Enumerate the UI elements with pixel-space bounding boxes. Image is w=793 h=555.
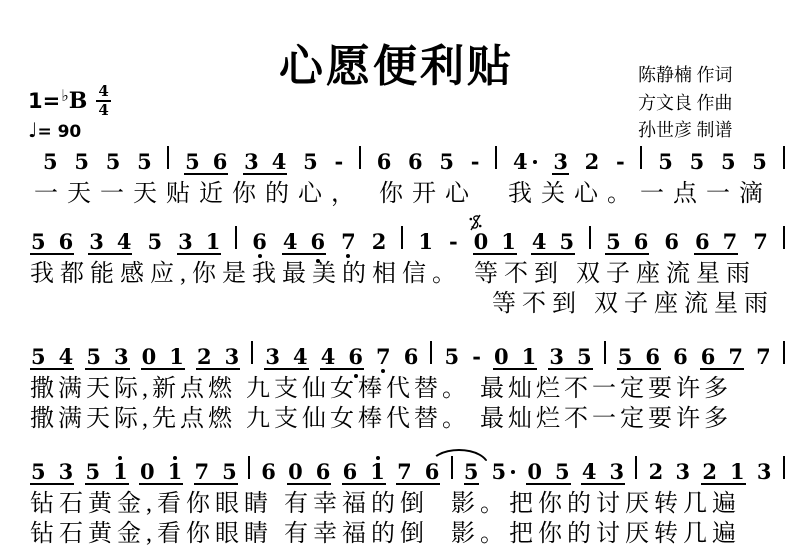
barline bbox=[783, 226, 785, 249]
note-group: 46 bbox=[282, 233, 326, 255]
note-group: 67 bbox=[700, 348, 744, 370]
barline bbox=[430, 341, 432, 364]
note-digit: 6 bbox=[664, 233, 679, 251]
note-digit: 1 bbox=[169, 348, 184, 366]
music-system: 555556345-665-432-5555一天一天贴近你的心， 你开心 我关心… bbox=[30, 146, 785, 209]
note-digit: 2 bbox=[585, 153, 600, 171]
note-group: 5 bbox=[444, 348, 461, 366]
note: 7 bbox=[756, 348, 771, 366]
note-digit: 1 bbox=[168, 463, 183, 481]
note-group: 55 bbox=[463, 463, 516, 485]
note-digit: 2 bbox=[372, 233, 387, 251]
note: 1 bbox=[370, 463, 385, 481]
note-group: 51 bbox=[85, 463, 129, 485]
note-digit: 3 bbox=[114, 348, 129, 366]
lyrics-line: 撒满天际,先点燃 九支仙女棒代替。 最灿烂不一定要许多 bbox=[30, 404, 785, 434]
rest-note: 0 bbox=[494, 348, 509, 366]
note-digit: 5 bbox=[31, 233, 46, 251]
note-group: 6 bbox=[407, 153, 424, 171]
note: 5 bbox=[555, 463, 570, 481]
note: 4 bbox=[321, 348, 336, 366]
tempo-marking: ♩= 90 bbox=[28, 118, 81, 142]
note: 7 bbox=[753, 233, 768, 251]
note-digit: 5 bbox=[658, 153, 673, 171]
note: 6 bbox=[311, 233, 326, 251]
note-group: 2 bbox=[584, 153, 601, 171]
note-digit: 4 bbox=[293, 348, 308, 366]
note-group: - bbox=[448, 233, 459, 251]
augmentation-dot bbox=[511, 470, 515, 474]
note-digit: 2 bbox=[197, 348, 212, 366]
note-digit: 1 bbox=[522, 348, 537, 366]
note: 3 bbox=[265, 348, 280, 366]
note-group: 5 bbox=[136, 153, 153, 171]
notes-row: 53510175606617655054323213 bbox=[30, 456, 785, 486]
note-digit: 0 bbox=[494, 348, 509, 366]
note-group: 34 bbox=[264, 348, 308, 370]
note-digit: 5 bbox=[147, 233, 162, 251]
note-digit: 6 bbox=[645, 348, 660, 366]
note-group: 2 bbox=[648, 463, 665, 481]
rest-note: 0 bbox=[288, 463, 303, 481]
note-digit: 0 bbox=[142, 348, 157, 366]
note-digit: 5 bbox=[555, 463, 570, 481]
note-digit: 3 bbox=[549, 348, 564, 366]
lyrics-line: 钻石黄金,看你眼睛 有幸福的倒 影。把你的讨厌转几遍 bbox=[30, 489, 785, 519]
note-digit: 1 bbox=[370, 463, 385, 481]
note-group: 3 bbox=[756, 463, 773, 481]
note-digit: 5 bbox=[86, 463, 101, 481]
note-digit: 7 bbox=[195, 463, 210, 481]
note-group: 3 bbox=[552, 153, 569, 175]
note-group: 54 bbox=[30, 348, 74, 370]
note: 3 bbox=[757, 463, 772, 481]
note: 4 bbox=[283, 233, 298, 251]
note-digit: - bbox=[472, 348, 481, 366]
credits-block: 陈静楠 作词 方文良 作曲 孙世彦 制谱 bbox=[638, 62, 733, 145]
note-digit: 6 bbox=[316, 463, 331, 481]
note-digit: 5 bbox=[752, 153, 767, 171]
note-digit: 5 bbox=[464, 463, 479, 481]
note-digit: 5 bbox=[106, 153, 121, 171]
note-digit: 5 bbox=[445, 348, 460, 366]
note-group: 5 bbox=[438, 153, 455, 171]
note-digit: 0 bbox=[140, 463, 155, 481]
dash-note: - bbox=[335, 153, 344, 171]
rest-note: 0 bbox=[140, 463, 155, 481]
note: 5 bbox=[222, 463, 237, 481]
note-digit: 6 bbox=[59, 233, 74, 251]
barline bbox=[640, 146, 642, 169]
note-digit: 3 bbox=[610, 463, 625, 481]
note-group: 5 bbox=[42, 153, 59, 171]
note: 4 bbox=[513, 153, 537, 171]
note-digit: - bbox=[471, 153, 480, 171]
low-octave-dot bbox=[346, 254, 350, 258]
barline bbox=[604, 341, 606, 364]
music-system: 53510175606617655054323213钻石黄金,看你眼睛 有幸福的… bbox=[30, 456, 785, 549]
note: 6 bbox=[213, 153, 228, 171]
note-group: 61 bbox=[342, 463, 386, 485]
note-digit: 5 bbox=[560, 233, 575, 251]
note-group: 5 bbox=[302, 153, 319, 171]
barline bbox=[589, 226, 591, 249]
notes-row: 5634531646721-0145566677 bbox=[30, 226, 785, 256]
note-digit: 7 bbox=[397, 463, 412, 481]
note-digit: 1 bbox=[730, 463, 745, 481]
note-group: 21 bbox=[701, 463, 745, 485]
note-digit: 5 bbox=[439, 153, 454, 171]
note-group: 56 bbox=[617, 348, 661, 370]
note-digit: 5 bbox=[606, 233, 621, 251]
note-digit: 3 bbox=[59, 463, 74, 481]
note: 3 bbox=[114, 348, 129, 366]
note: 5 bbox=[31, 233, 46, 251]
note-digit: 6 bbox=[695, 233, 710, 251]
note-digit: 6 bbox=[252, 233, 267, 251]
note-group: 5 bbox=[689, 153, 706, 171]
note-digit: 5 bbox=[74, 153, 89, 171]
lyrics-line: 撒满天际,新点燃 九支仙女棒代替。 最灿烂不一定要许多 bbox=[30, 374, 785, 404]
note: 3 bbox=[244, 153, 259, 171]
tempo-value: = 90 bbox=[37, 122, 81, 142]
note-group: 6 bbox=[672, 348, 689, 366]
note-digit: 3 bbox=[178, 233, 193, 251]
note: 7 bbox=[195, 463, 210, 481]
note-group: 67 bbox=[694, 233, 738, 255]
note: 6 bbox=[343, 463, 358, 481]
note-group: 1 bbox=[417, 233, 434, 251]
note-group: 56 bbox=[30, 233, 74, 255]
barline bbox=[783, 146, 785, 169]
note-digit: 3 bbox=[89, 233, 104, 251]
note-digit: 6 bbox=[673, 348, 688, 366]
note-digit: 7 bbox=[728, 348, 743, 366]
note: 1 bbox=[169, 348, 184, 366]
dash-note: - bbox=[616, 153, 625, 171]
note-group: 7 bbox=[375, 348, 392, 366]
note-group: 31 bbox=[177, 233, 221, 255]
meter-numerator: 4 bbox=[96, 84, 110, 102]
note: 6 bbox=[252, 233, 267, 251]
note-group: 5 bbox=[720, 153, 737, 171]
note-group: 5 bbox=[105, 153, 122, 171]
note: 4 bbox=[532, 233, 547, 251]
note: 4 bbox=[293, 348, 308, 366]
note: 5 bbox=[185, 153, 200, 171]
low-octave-dot bbox=[354, 374, 358, 378]
note-group: 6 bbox=[260, 463, 277, 481]
note-digit: 0 bbox=[474, 233, 489, 251]
note: 5 bbox=[492, 463, 516, 481]
key-prefix: 1= bbox=[28, 89, 60, 113]
note-digit: 4 bbox=[582, 463, 597, 481]
note: 3 bbox=[178, 233, 193, 251]
notes-row: 545301233446765-0135566677 bbox=[30, 341, 785, 371]
note-digit: 4 bbox=[532, 233, 547, 251]
note-group: 53 bbox=[30, 463, 74, 485]
note-digit: 5 bbox=[43, 153, 58, 171]
note: 5 bbox=[658, 153, 673, 171]
note-digit: 5 bbox=[721, 153, 736, 171]
note-group: - bbox=[615, 153, 626, 171]
note-digit: 5 bbox=[492, 463, 507, 481]
low-octave-dot bbox=[258, 254, 262, 258]
note-group: 5 bbox=[146, 233, 163, 251]
note-group: 01 bbox=[473, 233, 517, 255]
note-digit: 3 bbox=[244, 153, 259, 171]
note: 5 bbox=[577, 348, 592, 366]
note: 3 bbox=[89, 233, 104, 251]
tie-arc bbox=[429, 449, 489, 466]
note: 5 bbox=[445, 348, 460, 366]
note-group: 7 bbox=[340, 233, 357, 251]
note: 5 bbox=[86, 463, 101, 481]
note: 5 bbox=[721, 153, 736, 171]
note: 5 bbox=[439, 153, 454, 171]
note: 5 bbox=[690, 153, 705, 171]
note-group: 56 bbox=[605, 233, 649, 255]
note-digit: 6 bbox=[634, 233, 649, 251]
note-group: 4 bbox=[512, 153, 538, 171]
barline bbox=[635, 456, 637, 479]
note: 5 bbox=[618, 348, 633, 366]
note: 5 bbox=[464, 463, 479, 485]
dash-note: - bbox=[449, 233, 458, 251]
note-group: 7 bbox=[752, 233, 769, 251]
note: 5 bbox=[606, 233, 621, 251]
dash-note: - bbox=[471, 153, 480, 171]
arranger-credit: 孙世彦 制谱 bbox=[638, 117, 733, 145]
note-digit: 5 bbox=[185, 153, 200, 171]
note: 3 bbox=[610, 463, 625, 481]
note-digit: 1 bbox=[206, 233, 221, 251]
composer-credit: 方文良 作曲 bbox=[638, 90, 733, 118]
note-group: 45 bbox=[531, 233, 575, 255]
note-group: 6 bbox=[663, 233, 680, 251]
note-digit: 4 bbox=[59, 348, 74, 366]
note-digit: 3 bbox=[553, 153, 568, 171]
note: 6 bbox=[695, 233, 710, 251]
note: 3 bbox=[225, 348, 240, 366]
note-group: 34 bbox=[88, 233, 132, 255]
note-group: 6 bbox=[403, 348, 420, 366]
barline bbox=[783, 456, 785, 479]
note-digit: - bbox=[449, 233, 458, 251]
note: 4 bbox=[59, 348, 74, 366]
augmentation-dot bbox=[533, 160, 537, 164]
note-digit: 7 bbox=[376, 348, 391, 366]
note: 3 bbox=[676, 463, 691, 481]
barline bbox=[248, 456, 250, 479]
barline bbox=[783, 341, 785, 364]
note-digit: 4 bbox=[283, 233, 298, 251]
time-signature: 4 4 bbox=[96, 84, 110, 118]
note: 5 bbox=[74, 153, 89, 171]
barline bbox=[167, 146, 169, 169]
note-digit: 2 bbox=[649, 463, 664, 481]
note-group: 01 bbox=[493, 348, 537, 370]
note: 4 bbox=[117, 233, 132, 251]
note: 6 bbox=[348, 348, 363, 366]
note: 6 bbox=[701, 348, 716, 366]
note-digit: 7 bbox=[341, 233, 356, 251]
barline bbox=[495, 146, 497, 169]
note: 7 bbox=[397, 463, 412, 481]
note-digit: 5 bbox=[577, 348, 592, 366]
note: 6 bbox=[377, 153, 392, 171]
note-group: 56 bbox=[184, 153, 228, 175]
note-digit: 3 bbox=[225, 348, 240, 366]
lyrics-line: 钻石黄金,看你眼睛 有幸福的倒 影。把你的讨厌转几遍 bbox=[30, 519, 785, 549]
note: 3 bbox=[553, 153, 568, 171]
sheet-music-page: 心愿便利贴 陈静楠 作词 方文良 作曲 孙世彦 制谱 1=♭B 4 4 ♩= 9… bbox=[0, 0, 793, 555]
meter-denominator: 4 bbox=[98, 102, 108, 118]
note-group: - bbox=[470, 153, 481, 171]
note: 1 bbox=[522, 348, 537, 366]
note-group: 7 bbox=[755, 348, 772, 366]
note-digit: 0 bbox=[288, 463, 303, 481]
note-digit: 4 bbox=[272, 153, 287, 171]
note: 6 bbox=[261, 463, 276, 481]
note: 5 bbox=[86, 348, 101, 366]
note-group: 46 bbox=[320, 348, 364, 370]
note: 4 bbox=[272, 153, 287, 171]
note-group: 23 bbox=[196, 348, 240, 370]
note-digit: 6 bbox=[404, 348, 419, 366]
high-octave-dot bbox=[376, 456, 380, 460]
barline bbox=[235, 226, 237, 249]
note: 7 bbox=[723, 233, 738, 251]
note: 5 bbox=[752, 153, 767, 171]
note-digit: 6 bbox=[408, 153, 423, 171]
note-digit: 3 bbox=[757, 463, 772, 481]
barline bbox=[401, 226, 403, 249]
note-group: 76 bbox=[396, 463, 440, 485]
music-system: 5634531646721-0145566677我都能感应,你是我最美的相信。 … bbox=[30, 226, 785, 319]
lyrics-line: 等不到 双子座流星雨 bbox=[30, 289, 785, 319]
note-digit: 5 bbox=[618, 348, 633, 366]
note-group: - bbox=[471, 348, 482, 366]
note-digit: 7 bbox=[753, 233, 768, 251]
note: 1 bbox=[168, 463, 183, 481]
note-digit: 4 bbox=[117, 233, 132, 251]
note: 5 bbox=[560, 233, 575, 251]
note: 3 bbox=[59, 463, 74, 481]
rest-note: 0 bbox=[527, 463, 542, 481]
lyrics-line: 一天一天贴近你的心， 你开心 我关心。一点一滴 bbox=[30, 179, 785, 209]
note: 5 bbox=[137, 153, 152, 171]
note-digit: 5 bbox=[86, 348, 101, 366]
note-group: 2 bbox=[371, 233, 388, 251]
note-digit: 4 bbox=[321, 348, 336, 366]
key-letter: B bbox=[69, 88, 88, 114]
note-group: 6 bbox=[251, 233, 268, 251]
note-digit: 5 bbox=[31, 463, 46, 481]
note-digit: 5 bbox=[31, 348, 46, 366]
note: 1 bbox=[113, 463, 128, 481]
note-group: 34 bbox=[243, 153, 287, 175]
note-group: 75 bbox=[194, 463, 238, 485]
note-group: 5 bbox=[751, 153, 768, 171]
note-digit: 1 bbox=[501, 233, 516, 251]
note-digit: 7 bbox=[756, 348, 771, 366]
note: 4 bbox=[582, 463, 597, 481]
note-digit: 5 bbox=[690, 153, 705, 171]
lyricist-credit: 陈静楠 作词 bbox=[638, 62, 733, 90]
note-group: 35 bbox=[548, 348, 592, 370]
notes-row: 555556345-665-432-5555 bbox=[30, 146, 785, 176]
note: 5 bbox=[31, 463, 46, 481]
flat-sign-icon: ♭ bbox=[61, 86, 69, 105]
high-octave-dot bbox=[173, 456, 177, 460]
note: 5 bbox=[43, 153, 58, 171]
note-group: 01 bbox=[141, 348, 185, 370]
note-group: 05 bbox=[526, 463, 570, 485]
note: 5 bbox=[31, 348, 46, 366]
note-digit: 0 bbox=[527, 463, 542, 481]
note-group: 5 bbox=[657, 153, 674, 171]
note-group: 01 bbox=[139, 463, 183, 485]
note-group: 3 bbox=[675, 463, 692, 481]
barline bbox=[251, 341, 253, 364]
note: 5 bbox=[106, 153, 121, 171]
note: 2 bbox=[702, 463, 717, 481]
note: 3 bbox=[549, 348, 564, 366]
note-digit: 6 bbox=[261, 463, 276, 481]
low-octave-dot bbox=[316, 259, 320, 263]
music-system: 545301233446765-0135566677撒满天际,新点燃 九支仙女棒… bbox=[30, 341, 785, 434]
note: 6 bbox=[664, 233, 679, 251]
note: 1 bbox=[730, 463, 745, 481]
note-group: 5 bbox=[73, 153, 90, 171]
note: 7 bbox=[341, 233, 356, 251]
note-digit: 6 bbox=[377, 153, 392, 171]
note: 5 bbox=[303, 153, 318, 171]
note: 2 bbox=[197, 348, 212, 366]
note-digit: 5 bbox=[222, 463, 237, 481]
note-group: 6 bbox=[376, 153, 393, 171]
note: 7 bbox=[728, 348, 743, 366]
note-group: 43 bbox=[581, 463, 625, 485]
note-digit: 6 bbox=[343, 463, 358, 481]
note: 7 bbox=[376, 348, 391, 366]
note-digit: 6 bbox=[311, 233, 326, 251]
note-group: 06 bbox=[287, 463, 331, 485]
note-digit: 6 bbox=[701, 348, 716, 366]
note-digit: 5 bbox=[303, 153, 318, 171]
note: 6 bbox=[59, 233, 74, 251]
rest-note: 0 bbox=[474, 233, 489, 251]
note: 2 bbox=[372, 233, 387, 251]
note: 2 bbox=[649, 463, 664, 481]
note: 6 bbox=[404, 348, 419, 366]
note: 2 bbox=[585, 153, 600, 171]
note: 6 bbox=[408, 153, 423, 171]
note-group: - bbox=[334, 153, 345, 171]
note: 1 bbox=[418, 233, 433, 251]
key-signature: 1=♭B 4 4 bbox=[28, 84, 111, 118]
note-digit: 5 bbox=[137, 153, 152, 171]
note-digit: 4 bbox=[513, 153, 528, 171]
note-group: 53 bbox=[85, 348, 129, 370]
dash-note: - bbox=[472, 348, 481, 366]
note: 5 bbox=[147, 233, 162, 251]
note: 1 bbox=[501, 233, 516, 251]
note: 6 bbox=[316, 463, 331, 481]
note-digit: 3 bbox=[676, 463, 691, 481]
low-octave-dot bbox=[381, 369, 385, 373]
